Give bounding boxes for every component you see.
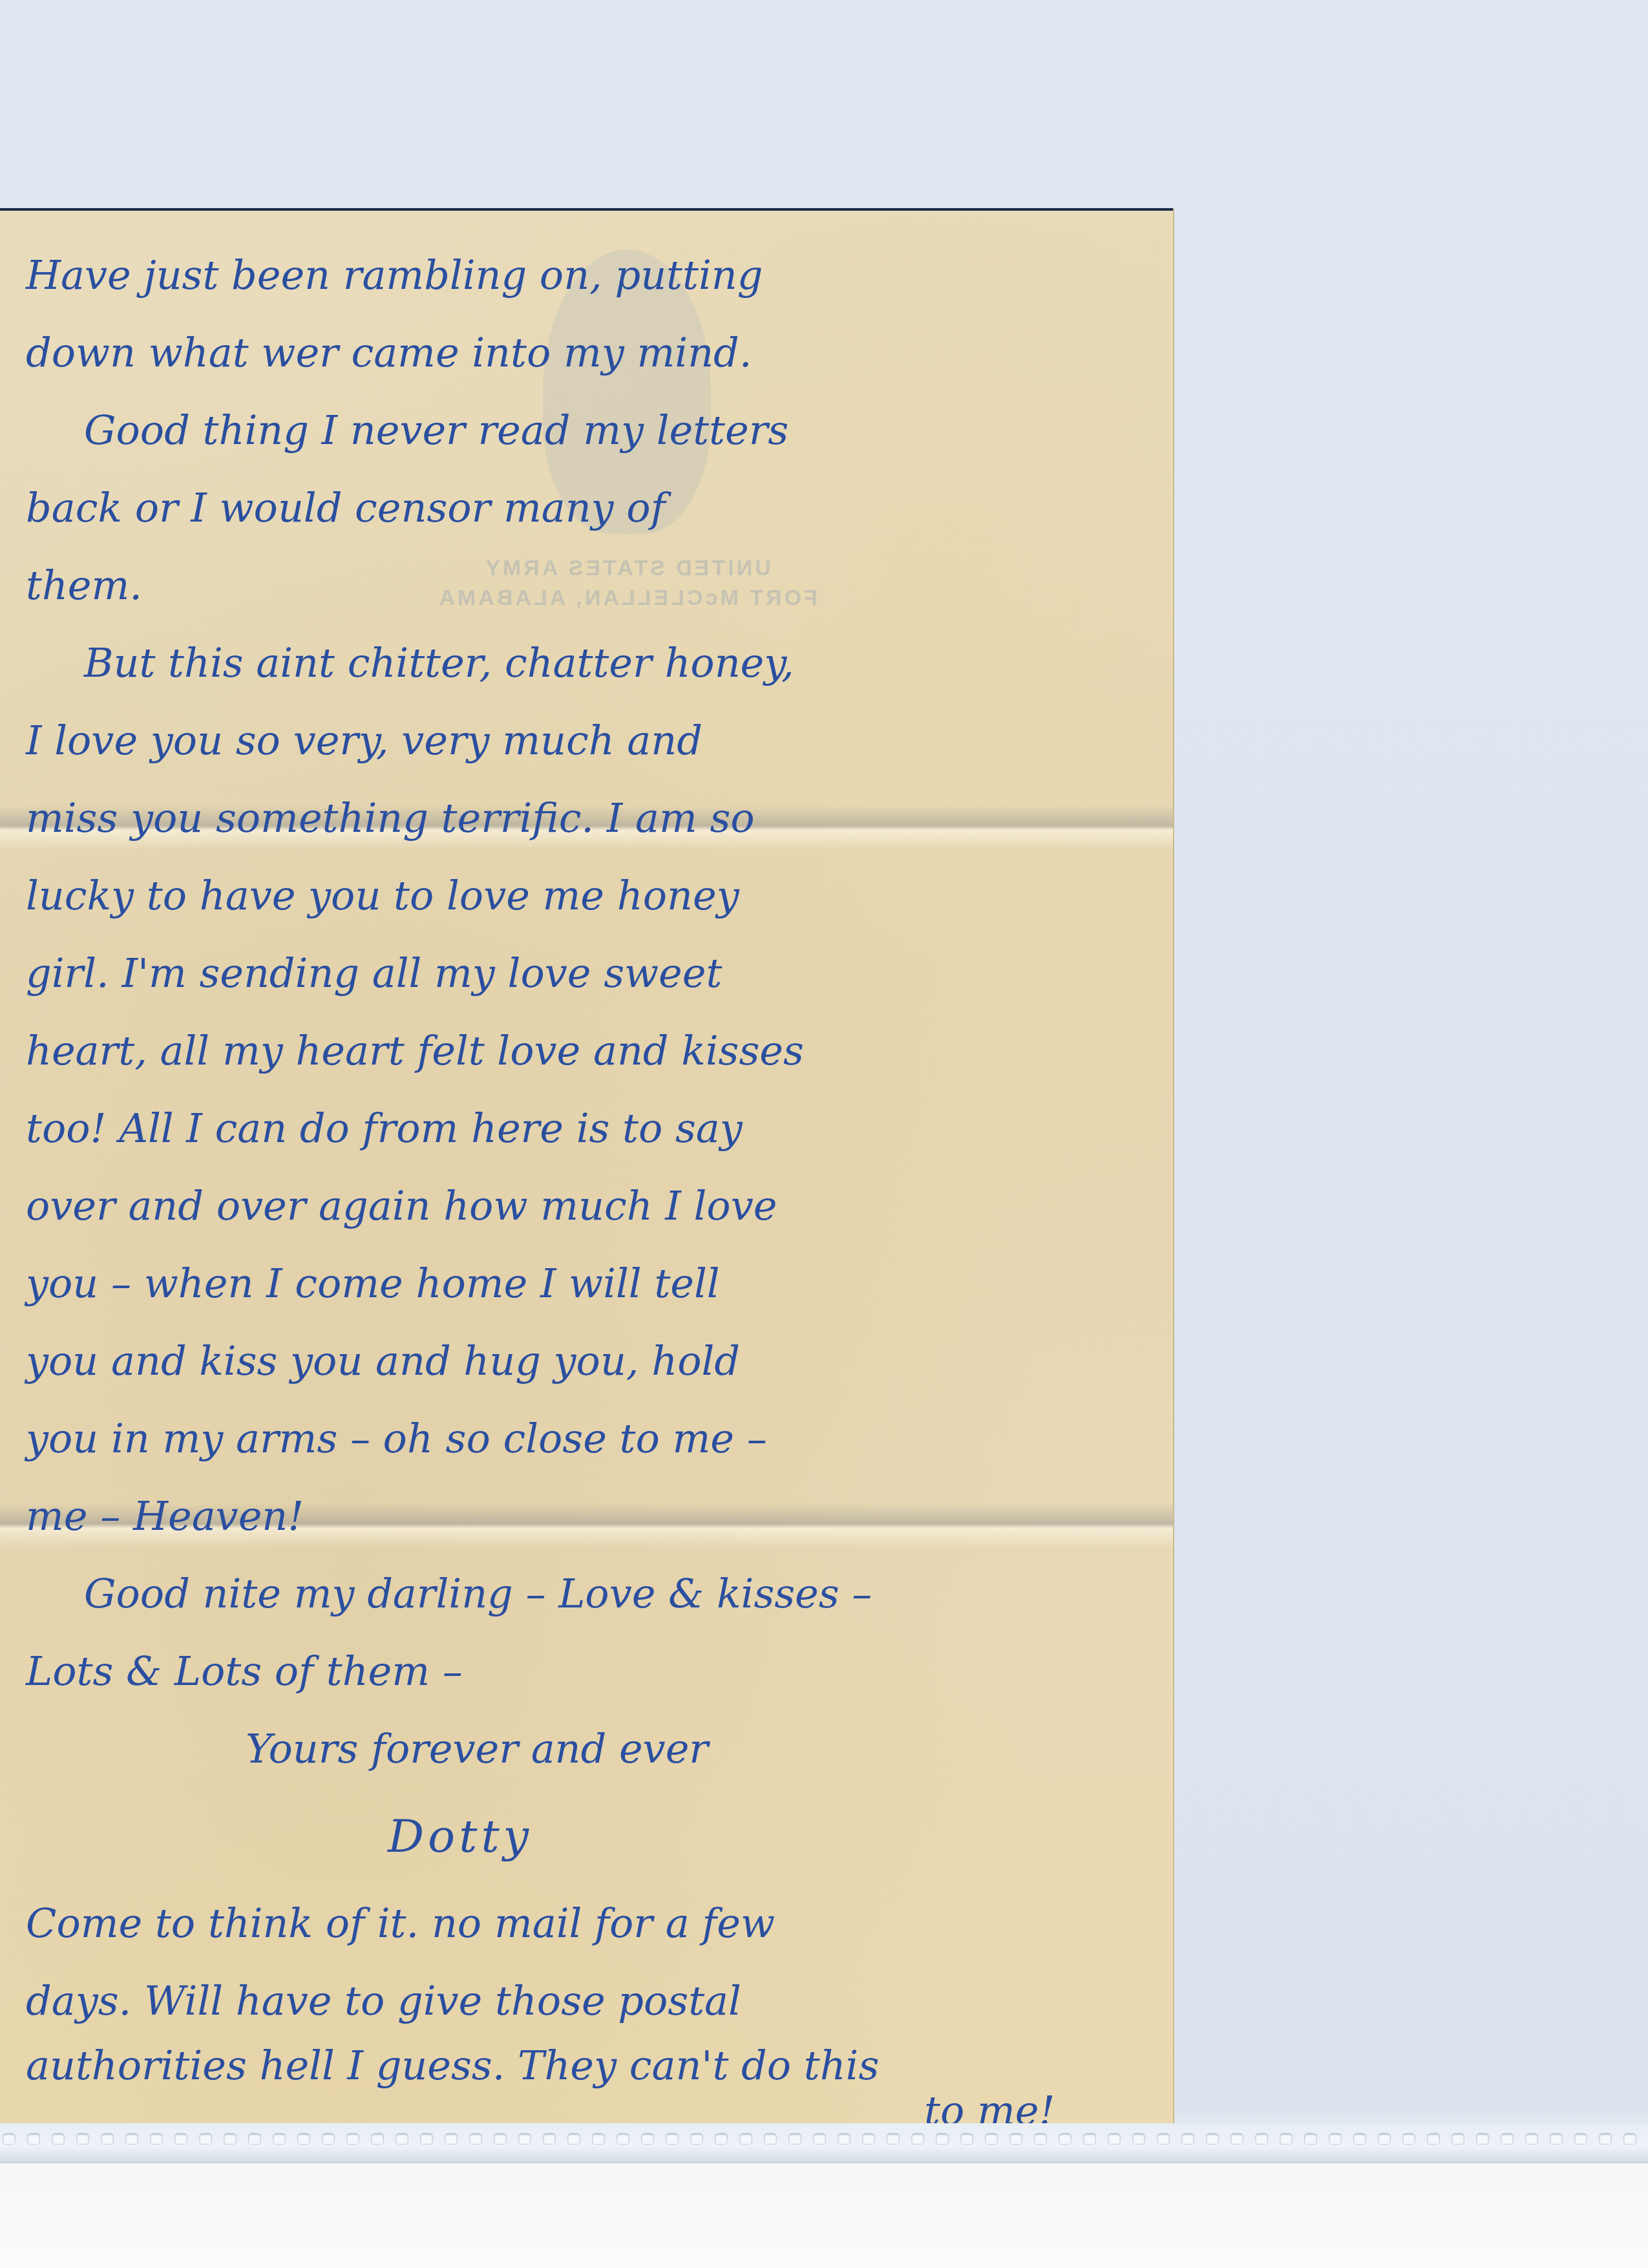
perforation-hole-icon — [813, 2133, 826, 2145]
perforation-hole-icon — [1231, 2133, 1243, 2145]
perforation-hole-icon — [297, 2133, 310, 2145]
perforation-hole-icon — [1181, 2133, 1194, 2145]
perforation-hole-icon — [985, 2133, 998, 2145]
text-line: miss you something terrific. I am so — [26, 779, 1150, 857]
perforation-hole-icon — [1108, 2133, 1121, 2145]
perforation-hole-icon — [1329, 2133, 1342, 2145]
text-line: Lots & Lots of them – — [26, 1633, 1150, 1710]
letter-body: Have just been rambling on, putting down… — [26, 237, 1150, 2130]
perforation-hole-icon — [862, 2133, 875, 2145]
perforation-hole-icon — [224, 2133, 237, 2145]
perforation-hole-icon — [1009, 2133, 1022, 2145]
text-line: lucky to have you to love me honey — [26, 857, 1150, 935]
text-line: you – when I come home I will tell — [26, 1245, 1150, 1322]
perforation-hole-icon — [887, 2133, 900, 2145]
perforation-hole-icon — [1353, 2133, 1366, 2145]
perforation-hole-icon — [1525, 2133, 1538, 2145]
perforation-hole-icon — [322, 2133, 335, 2145]
text-line: Good nite my darling – Love & kisses – — [26, 1555, 1150, 1633]
perforation-hole-icon — [1280, 2133, 1293, 2145]
perforation-hole-icon — [690, 2133, 703, 2145]
perforation-hole-icon — [346, 2133, 359, 2145]
perforation-hole-icon — [174, 2133, 187, 2145]
text-line: back or I would censor many of — [26, 469, 1150, 547]
text-line: girl. I'm sending all my love sweet — [26, 935, 1150, 1012]
perforation-hole-icon — [125, 2133, 138, 2145]
perforation-hole-icon — [936, 2133, 949, 2145]
perforation-hole-icon — [27, 2133, 40, 2145]
perforation-hole-icon — [715, 2133, 728, 2145]
perforation-hole-icon — [1206, 2133, 1219, 2145]
perforation-hole-icon — [1034, 2133, 1047, 2145]
perforation-hole-icon — [273, 2133, 286, 2145]
text-line: too! All I can do from here is to say — [26, 1090, 1150, 1167]
perforation-hole-icon — [592, 2133, 605, 2145]
text-line: heart, all my heart felt love and kisses — [26, 1012, 1150, 1090]
perforation-hole-icon — [1623, 2133, 1636, 2145]
perforation-hole-icon — [911, 2133, 924, 2145]
perforation-hole-icon — [1476, 2133, 1489, 2145]
text-line: down what wer came into my mind. — [26, 314, 1150, 392]
perforation-hole-icon — [764, 2133, 777, 2145]
text-line: Good thing I never read my letters — [26, 392, 1150, 469]
perforation-hole-icon — [1427, 2133, 1440, 2145]
perforation-hole-icon — [1599, 2133, 1612, 2145]
text-line: Have just been rambling on, putting — [26, 237, 1150, 314]
postscript-line: days. Will have to give those postal — [26, 1962, 1150, 2040]
perforation-hole-icon — [739, 2133, 752, 2145]
perforation-hole-icon — [666, 2133, 679, 2145]
perforation-hole-icon — [838, 2133, 850, 2145]
perforation-hole-icon — [1501, 2133, 1514, 2145]
text-line: But this aint chitter, chatter honey, — [26, 624, 1150, 702]
text-line: over and over again how much I love — [26, 1167, 1150, 1245]
text-line: you in my arms – oh so close to me – — [26, 1400, 1150, 1478]
perforation-hole-icon — [518, 2133, 531, 2145]
perforation-hole-icon — [1255, 2133, 1268, 2145]
perforation-hole-icon — [76, 2133, 89, 2145]
text-line: you and kiss you and hug you, hold — [26, 1322, 1150, 1400]
perforation-hole-icon — [1550, 2133, 1563, 2145]
perforation-hole-icon — [960, 2133, 973, 2145]
postscript-line: authorities hell I guess. They can't do … — [26, 2040, 1150, 2092]
sheet-protector-perforations — [0, 2133, 1648, 2148]
perforation-hole-icon — [101, 2133, 114, 2145]
perforation-hole-icon — [1304, 2133, 1317, 2145]
signature: Dotty — [26, 1788, 1150, 1885]
perforation-hole-icon — [567, 2133, 580, 2145]
perforation-hole-icon — [617, 2133, 629, 2145]
letter-page: UNITED STATES ARMY FORT McCLELLAN, ALABA… — [0, 208, 1173, 2126]
perforation-hole-icon — [396, 2133, 408, 2145]
perforation-hole-icon — [445, 2133, 458, 2145]
perforation-hole-icon — [1132, 2133, 1145, 2145]
perforation-hole-icon — [641, 2133, 654, 2145]
closing-line: Yours forever and ever — [26, 1710, 1150, 1788]
text-line: them. — [26, 547, 1150, 624]
perforation-hole-icon — [420, 2133, 433, 2145]
postscript-line: Come to think of it. no mail for a few — [26, 1885, 1150, 1962]
perforation-hole-icon — [199, 2133, 212, 2145]
perforation-hole-icon — [1452, 2133, 1464, 2145]
perforation-hole-icon — [788, 2133, 801, 2145]
perforation-hole-icon — [1083, 2133, 1096, 2145]
perforation-hole-icon — [543, 2133, 556, 2145]
perforation-hole-icon — [1378, 2133, 1391, 2145]
perforation-hole-icon — [1157, 2133, 1170, 2145]
perforation-hole-icon — [1574, 2133, 1587, 2145]
perforation-hole-icon — [469, 2133, 482, 2145]
perforation-hole-icon — [248, 2133, 261, 2145]
text-line: me – Heaven! — [26, 1478, 1150, 1555]
perforation-hole-icon — [3, 2133, 16, 2145]
perforation-hole-icon — [1059, 2133, 1072, 2145]
perforation-hole-icon — [371, 2133, 384, 2145]
text-line: I love you so very, very much and — [26, 702, 1150, 779]
perforation-hole-icon — [52, 2133, 65, 2145]
perforation-hole-icon — [1402, 2133, 1415, 2145]
perforation-hole-icon — [150, 2133, 163, 2145]
perforation-hole-icon — [494, 2133, 507, 2145]
